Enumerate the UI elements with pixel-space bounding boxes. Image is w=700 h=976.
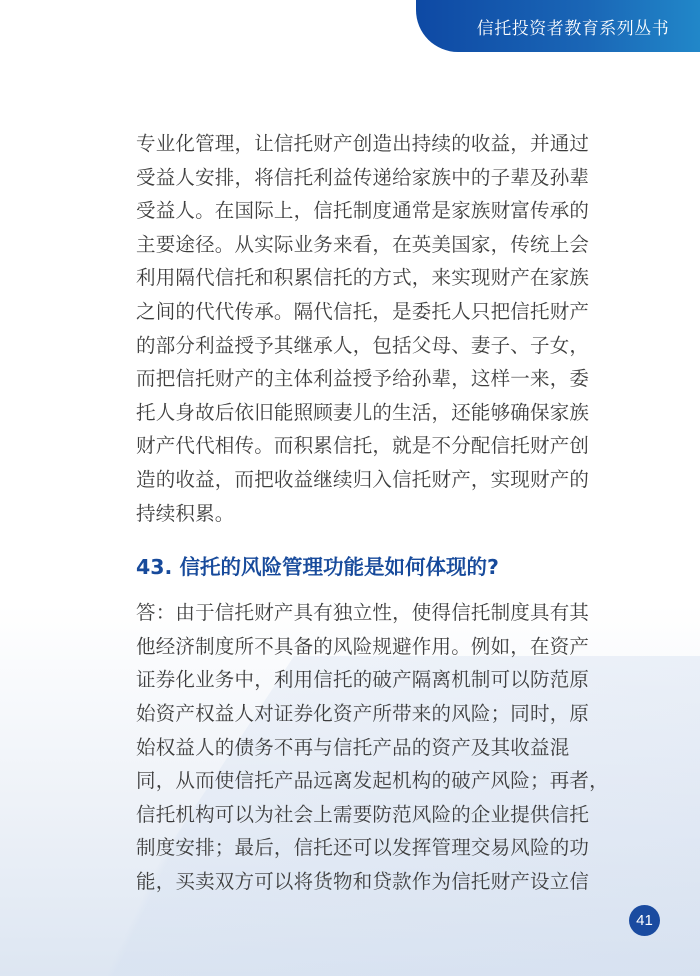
text-line: 始权益人的债务不再与信托产品的资产及其收益混: [136, 731, 610, 765]
intro-paragraph: 专业化管理，让信托财产创造出持续的收益，并通过 受益人安排，将信托利益传递给家族…: [136, 127, 610, 530]
text-line: 信托机构可以为社会上需要防范风险的企业提供信托: [136, 798, 610, 832]
text-line: 造的收益，而把收益继续归入信托财产，实现财产的: [136, 463, 610, 497]
text-line: 他经济制度所不具备的风险规避作用。例如，在资产: [136, 630, 610, 664]
text-line: 利用隔代信托和积累信托的方式，来实现财产在家族: [136, 261, 610, 295]
text-line: 而把信托财产的主体利益授予给孙辈，这样一来，委: [136, 362, 610, 396]
text-line: 始资产权益人对证券化资产所带来的风险；同时，原: [136, 697, 610, 731]
text-line: 专业化管理，让信托财产创造出持续的收益，并通过: [136, 127, 610, 161]
series-title: 信托投资者教育系列丛书: [447, 14, 670, 39]
answer-paragraph: 答：由于信托财产具有独立性，使得信托制度具有其 他经济制度所不具备的风险规避作用…: [136, 596, 610, 898]
text-line: 的部分利益授予其继承人，包括父母、妻子、子女，: [136, 329, 610, 363]
text-line: 财产代代相传。而积累信托，就是不分配信托财产创: [136, 429, 610, 463]
text-line: 受益人。在国际上，信托制度通常是家族财富传承的: [136, 194, 610, 228]
text-line: 托人身故后依旧能照顾妻儿的生活，还能够确保家族: [136, 396, 610, 430]
text-line: 证券化业务中，利用信托的破产隔离机制可以防范原: [136, 663, 610, 697]
text-line: 能，买卖双方可以将货物和贷款作为信托财产设立信: [136, 865, 610, 899]
text-line: 持续积累。: [136, 497, 610, 531]
page-content: 专业化管理，让信托财产创造出持续的收益，并通过 受益人安排，将信托利益传递给家族…: [136, 127, 610, 898]
text-line: 同，从而使信托产品远离发起机构的破产风险；再者，: [136, 764, 610, 798]
text-line: 答：由于信托财产具有独立性，使得信托制度具有其: [136, 596, 610, 630]
text-line: 主要途径。从实际业务来看，在英美国家，传统上会: [136, 228, 610, 262]
text-line: 之间的代代传承。隔代信托，是委托人只把信托财产: [136, 295, 610, 329]
text-line: 制度安排；最后，信托还可以发挥管理交易风险的功: [136, 831, 610, 865]
section-heading: 43. 信托的风险管理功能是如何体现的?: [136, 552, 610, 582]
text-line: 受益人安排，将信托利益传递给家族中的子辈及孙辈: [136, 161, 610, 195]
page-number-badge: 41: [629, 905, 660, 936]
header-banner: 信托投资者教育系列丛书: [416, 0, 700, 52]
